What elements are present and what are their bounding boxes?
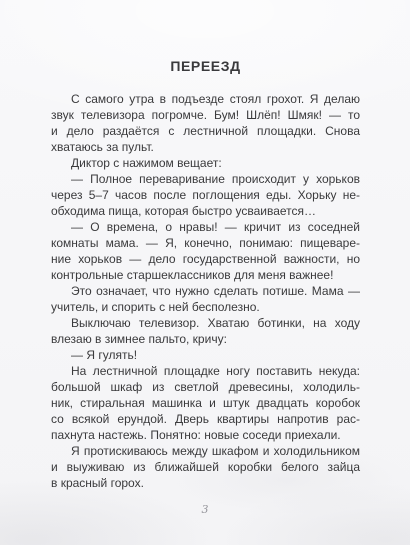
text-line: ние хорьков — дело государственной важно…: [51, 251, 360, 267]
text-line: — Я гулять!: [51, 347, 360, 363]
page-number: 3: [0, 503, 410, 516]
text-line: через 5–7 часов после поглощения еды. Хо…: [51, 187, 360, 203]
text-line: влезаю в зимнее пальто, кричу:: [51, 331, 360, 347]
text-line: — Полное переваривание происходит у хорь…: [51, 171, 360, 187]
book-page: ПЕРЕЕЗД С самого утра в подъезде стоял г…: [0, 0, 410, 545]
text-line: Диктор с нажимом вещает:: [51, 155, 360, 171]
text-line: и выуживаю из ближайшей коробки белого з…: [51, 459, 360, 475]
text-line: хватаюсь за пульт.: [51, 139, 360, 155]
text-line: в красный горох.: [51, 475, 360, 491]
text-line: контрольные старшеклассников для меня ва…: [51, 267, 360, 283]
text-body: С самого утра в подъезде стоял грохот. Я…: [51, 91, 360, 491]
text-line: учитель, и спорить с ней бесполезно.: [51, 299, 360, 315]
text-line: ник, стиральная машинка и штук двадцать …: [51, 395, 360, 411]
chapter-title: ПЕРЕЕЗД: [51, 57, 360, 75]
text-line: со всякой ерундой. Дверь квартиры напрот…: [51, 411, 360, 427]
text-line: и дело раздаётся с лестничной площадки. …: [51, 123, 360, 139]
text-line: Это означает, что нужно сделать потише. …: [51, 283, 360, 299]
text-line: обходима пища, которая быстро усваиваетс…: [51, 203, 360, 219]
text-line: комнаты мама. — Я, конечно, понимаю: пищ…: [51, 235, 360, 251]
text-line: звук телевизора погромче. Бум! Шлёп! Шмя…: [51, 107, 360, 123]
text-line: Я протискиваюсь между шкафом и холодильн…: [51, 443, 360, 459]
text-line: — О времена, о нравы! — кричит из соседн…: [51, 219, 360, 235]
text-line: большой шкаф из светлой древесины, холод…: [51, 379, 360, 395]
text-line: С самого утра в подъезде стоял грохот. Я…: [51, 91, 360, 107]
text-line: пахнута настежь. Понятно: новые соседи п…: [51, 427, 360, 443]
text-line: На лестничной площадке ногу поставить не…: [51, 363, 360, 379]
text-line: Выключаю телевизор. Хватаю ботинки, на х…: [51, 315, 360, 331]
